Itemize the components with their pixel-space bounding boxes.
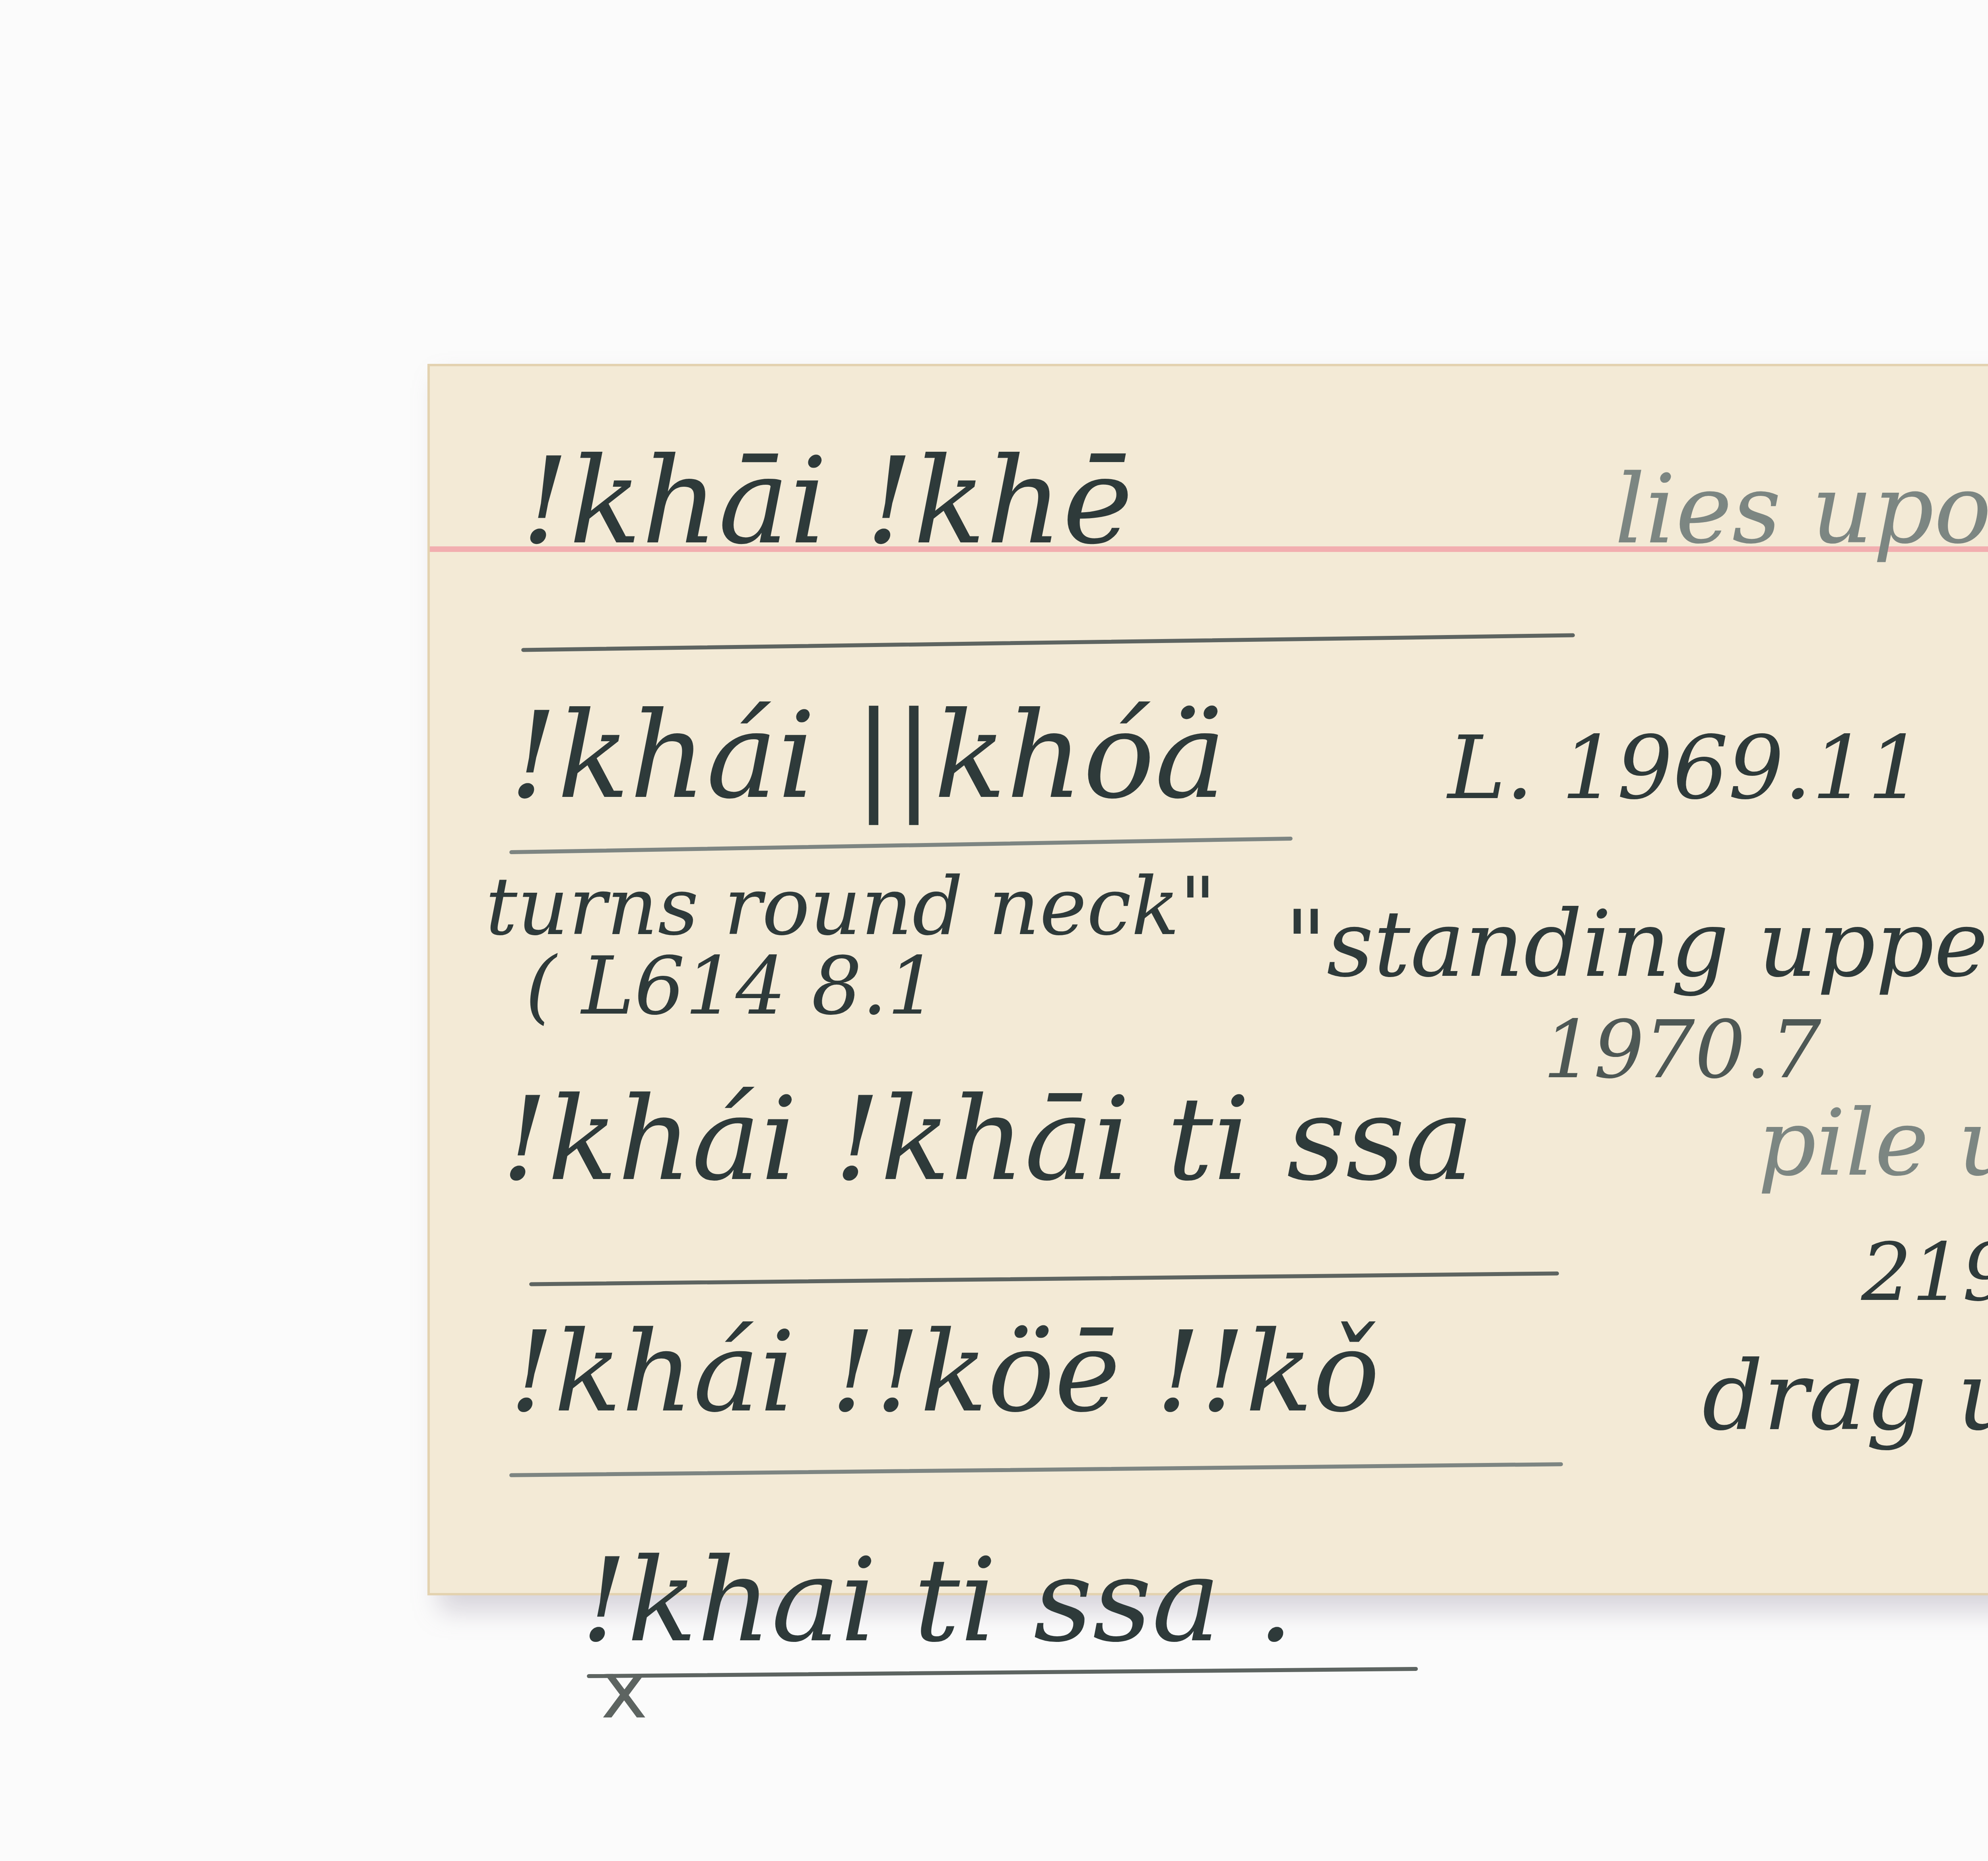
reference-2: ( L614 8.1 — [525, 947, 938, 1026]
underline-5 — [587, 1667, 1418, 1678]
underline-3 — [529, 1271, 1559, 1286]
headword-2: !khái ||khóä — [509, 696, 1226, 816]
x-mark: x — [601, 1651, 648, 1730]
gloss-3: pile up (?) — [1758, 1098, 1988, 1189]
index-card: !khāi !khē lies upon his back !khái ||kh… — [427, 364, 1988, 1595]
annotation-ref-3: 2191:9, 19 — [1861, 1233, 1988, 1313]
underline-4 — [509, 1462, 1563, 1477]
annotation-ref-1: L. 1969.11 — [1448, 724, 1923, 812]
gloss-1: lies upon his back — [1615, 462, 1988, 557]
underline-2 — [509, 837, 1293, 854]
underline-1 — [521, 633, 1575, 652]
headword-3: !khái !khāi ti ssa — [501, 1082, 1474, 1197]
headword-5: !khai ti ssa . — [581, 1543, 1294, 1659]
annotation-gloss-2: "standing uppermost" — [1285, 899, 1988, 991]
gloss-4: drag up · L098.9 — [1702, 1348, 1988, 1444]
headword-4: !khái !!köē !!kǒ — [509, 1317, 1380, 1428]
headword-1: !khāi !khē — [521, 442, 1133, 561]
gloss-2: turns round neck" — [485, 867, 1216, 947]
annotation-ref-2: 1970.7 — [1543, 1010, 1821, 1090]
